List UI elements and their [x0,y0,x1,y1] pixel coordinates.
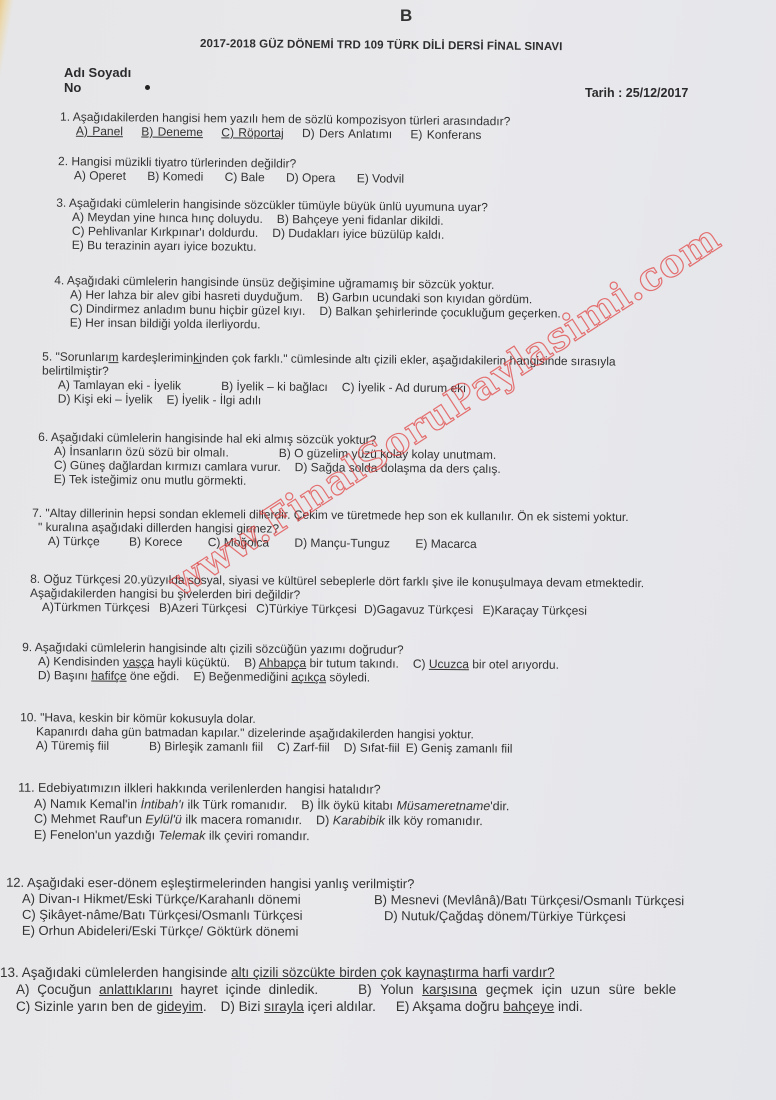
option-b: B) İlk öykü kitabı Müsameretname'dir. [301,798,509,815]
question-9: 9. Aşağıdaki cümlelerin hangisinde altı … [22,640,573,686]
option-e: E) Geniş zamanlı fiil [406,741,513,756]
option-e: E) Macarca [415,537,476,551]
name-label: Adı Soyadı [64,65,131,80]
option-b: B) Yolun karşısına geçmek için uzun süre… [358,981,676,998]
option-b: B) Ahbapça bir tutum takındı. [244,656,399,671]
question-4: 4. Aşağıdaki cümlelerin hangisinde ünsüz… [54,273,575,334]
option-e: E) Tek isteğimiz onu mutlu görmekti. [54,472,247,488]
exam-paper: B 2017-2018 GÜZ DÖNEMİ TRD 109 TÜRK DİLİ… [0,0,776,1100]
option-d: D) Karabibik ilk köy romanıdır. [316,813,483,829]
question-12: 12. Aşağıdaki eser-dönem eşleştirmelerin… [6,875,698,941]
option-e: E) Akşama doğru bahçeye indi. [396,998,583,1015]
option-b: B)Azeri Türkçesi [159,601,247,616]
option-a: A) Namık Kemal'in İntibah'ı ilk Türk rom… [34,796,287,813]
option-a: A) Operet [74,168,126,183]
question-1: 1. Aşağıdakilerden hangisi hem yazılı he… [60,110,511,143]
option-a: A) Çocuğun anlattıklarını hayret içinde … [16,981,318,998]
exam-date: Tarih : 25/12/2017 [585,86,688,100]
option-c: C) Mehmet Rauf'un Eylül'ü ilk macera rom… [34,812,302,829]
option-c: C) Şikâyet-nâme/Batı Türkçesi/Osmanlı Tü… [22,907,384,924]
option-a: A) Türemiş fiil [36,738,109,753]
question-8: 8. Oğuz Türkçesi 20.yüzyılda sosyal, siy… [30,572,644,618]
option-d: D) Başını hafifçe öne eğdi. [38,668,180,683]
option-b: B) Deneme [141,124,203,139]
option-e: E) Her insan bildiği yolda ilerliyordu. [70,315,261,331]
option-e: E) Orhun Abideleri/Eski Türkçe/ Göktürk … [22,923,299,940]
question-7: 7. "Altay dillerinin hepsi sondan ekleme… [32,506,629,552]
student-no-label: No [64,80,81,95]
option-a: A)Türkmen Türkçesi [42,600,150,615]
question-13: 13. Aşağıdaki cümlelerden hangisinde alt… [0,964,690,1015]
option-c: C) Röportaj [221,125,284,140]
option-a: A) Türkçe [48,534,100,548]
option-e: E) Bu terazinin ayarı iyice bozuktu. [72,238,257,254]
question-10: 10. "Hava, keskin bir kömür kokusuyla do… [20,710,527,756]
question-3: 3. Aşağıdaki cümlelerin hangisinde sözcü… [56,196,488,257]
option-e: E) Beğenmediğini açıkça söyledi. [193,669,370,684]
option-b: B) Mesnevi (Mevlânâ)/Batı Türkçesi/Osman… [374,892,684,909]
option-d: D) Sıfat-fiil [344,740,400,754]
question-stem: 13. Aşağıdaki cümlelerden hangisinde alt… [0,964,690,981]
option-b: B) Birleşik zamanlı fiil [149,739,263,754]
option-d: D) Kişi eki – İyelik [58,392,153,407]
option-e: E) Konferans [410,127,481,142]
option-a: A) Panel [76,124,123,138]
option-c: C)Türkiye Türkçesi [256,601,357,616]
option-d: D) Nutuk/Çağdaş dönem/Türkiye Türkçesi [384,908,626,925]
option-c: C) Zarf-fiil [277,740,330,754]
option-c: C) Bale [225,170,265,184]
option-e: E) Fenelon'un yazdığı Telemak ilk çeviri… [34,827,310,844]
option-c: C) Sizinle yarın ben de gideyim. [16,998,207,1015]
option-e: E) İyelik - İlgi adılı [166,393,261,408]
option-e: E)Karaçay Türkçesi [482,603,587,618]
option-d: D) Balkan şehirlerinde çocukluğum geçerk… [319,304,561,321]
ink-dot [145,85,150,90]
exam-title: 2017-2018 GÜZ DÖNEMİ TRD 109 TÜRK DİLİ D… [200,38,563,53]
option-a: A) Tamlayan eki - İyelik [58,378,181,393]
option-d: D)Gagavuz Türkçesi [364,602,473,617]
question-11: 11. Edebiyatımızın ilkleri hakkında veri… [18,781,524,846]
option-a: A) Divan-ı Hikmet/Eski Türkçe/Karahanlı … [22,891,374,908]
option-d: D) Opera [286,171,336,186]
option-d: D) Ders Anlatımı [302,126,392,141]
question-6: 6. Aşağıdaki cümlelerin hangisinde hal e… [38,430,515,490]
question-2: 2. Hangisi müzikli tiyatro türlerinden d… [58,154,418,186]
option-d: D) Bizi sırayla içeri aldılar. [221,998,376,1015]
option-b: B) Komedi [147,169,203,184]
option-d: D) Mançu-Tunguz [294,536,390,551]
option-e: E) Vodvil [357,171,405,185]
option-c: C) Ucuzca bir otel arıyordu. [413,657,559,672]
booklet-letter: B [400,6,412,26]
option-b: B) Korece [129,535,182,549]
option-b: B) İyelik – ki bağlacı [221,379,328,394]
option-a: A) İnsanların özü sözü bir olmalı. [54,444,229,460]
option-a: A) Kendisinden yaşça hayli küçüktü. [38,654,230,669]
option-d: D) Dudakları iyice büzülüp kaldı. [272,226,444,242]
